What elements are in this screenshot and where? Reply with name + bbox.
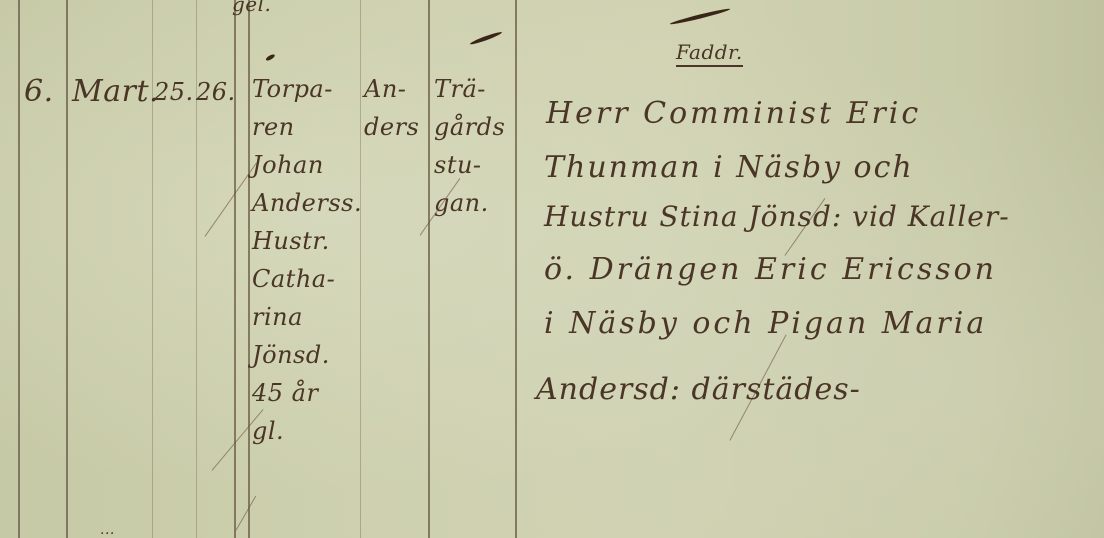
register-page: gel. 6. Mart. 25. 26. Torpa- ren Johan A… xyxy=(0,0,1104,538)
entry-month: Mart. xyxy=(72,74,159,109)
sponsors-line: ö. Drängen Eric Ericsson xyxy=(544,252,997,287)
ink-flourish xyxy=(265,53,276,61)
parents-line: Anderss. xyxy=(252,184,362,222)
pen-stroke xyxy=(235,496,256,531)
place-line: gan. xyxy=(434,184,505,222)
next-entry-fragment: ... xyxy=(100,522,115,538)
place-line: stu- xyxy=(434,146,505,184)
place-line: Trä- xyxy=(434,70,505,108)
ink-flourish xyxy=(469,30,502,45)
parents-line: Hustr. xyxy=(252,222,362,260)
baptism-day: 26. xyxy=(196,78,236,106)
parents-line: Catha- xyxy=(252,260,362,298)
sponsors-heading: Faddr. xyxy=(676,40,743,67)
column-rule xyxy=(428,0,430,538)
parents-line: Torpa- xyxy=(252,70,362,108)
place-line: gårds xyxy=(434,108,505,146)
birth-day: 25. xyxy=(154,78,194,106)
entry-number: 6. xyxy=(24,74,54,109)
sponsors-line: i Näsby och Pigan Maria xyxy=(544,306,987,341)
parents-line: gl. xyxy=(252,412,362,450)
ink-flourish xyxy=(670,7,731,26)
parents-line: rina xyxy=(252,298,362,336)
child-name-line: ders xyxy=(364,108,419,146)
column-rule xyxy=(515,0,517,538)
sponsors-line: Hustru Stina Jönsd: vid Kaller- xyxy=(544,200,1010,233)
parents-line: ren xyxy=(252,108,362,146)
parents-line: 45 år xyxy=(252,374,362,412)
column-rule xyxy=(248,0,250,538)
previous-entry-fragment: gel. xyxy=(232,0,271,16)
sponsors-line: Thunman i Näsby och xyxy=(544,150,914,185)
parents-column: Torpa- ren Johan Anderss. Hustr. Catha- … xyxy=(252,70,362,450)
parents-line: Johan xyxy=(252,146,362,184)
child-column: An- ders xyxy=(364,70,419,146)
column-rule xyxy=(18,0,20,538)
sponsors-line: Herr Comminist Eric xyxy=(546,96,921,131)
child-name-line: An- xyxy=(364,70,419,108)
column-rule xyxy=(66,0,68,538)
sponsors-line: Andersd: därstädes- xyxy=(536,372,861,407)
parents-line: Jönsd. xyxy=(252,336,362,374)
